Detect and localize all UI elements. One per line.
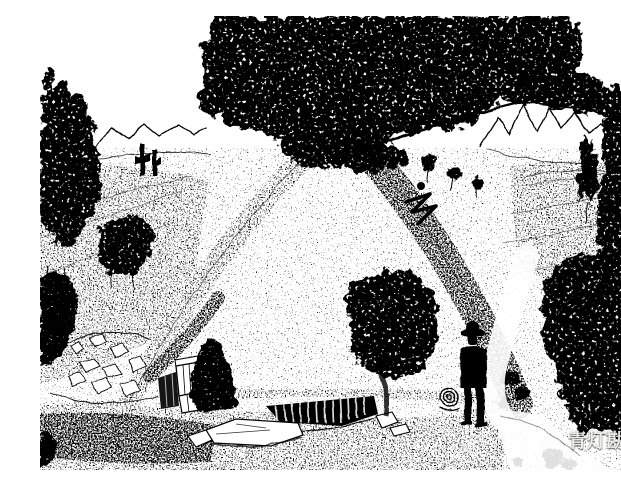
illustration-canvas <box>40 16 621 470</box>
person-head <box>468 332 477 345</box>
person-torso <box>460 346 487 388</box>
dark-crate <box>158 372 179 409</box>
illustration: 青灯勘探 <box>40 16 621 470</box>
person-right-leg <box>476 388 484 425</box>
foreground-bush <box>347 269 438 377</box>
person-left-leg <box>464 388 472 423</box>
